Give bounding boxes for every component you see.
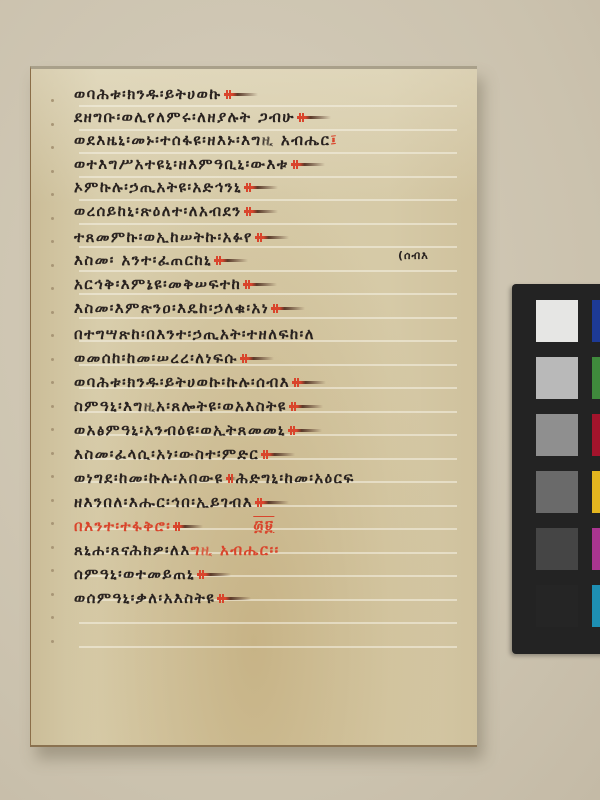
line-filler-icon [243, 283, 277, 286]
pricking-mark [51, 499, 54, 502]
ruling-line [79, 622, 457, 624]
gray-patch-1 [536, 300, 578, 342]
pricking-mark [51, 123, 54, 126]
pricking-mark [51, 311, 54, 314]
text-line-8: እስመ፡ አንተ፡ፈጠርከኒ [74, 250, 248, 270]
pricking-mark [51, 546, 54, 549]
line-filler-icon [226, 477, 236, 480]
pricking-mark [51, 193, 54, 196]
color-patch-blue [592, 300, 600, 342]
pricking-mark [51, 240, 54, 243]
pricking-mark [51, 569, 54, 572]
pricking-mark [51, 475, 54, 478]
line-filler-icon [289, 405, 323, 408]
rubric-heading-line: በእንተ፡ተፋቅሮ፡፴፱ [74, 516, 274, 536]
line-filler-icon [261, 453, 295, 456]
ruling-line [79, 223, 457, 225]
pricking-mark [51, 264, 54, 267]
line-filler-icon [217, 597, 251, 600]
line-filler-icon [255, 236, 289, 239]
pricking-mark [51, 452, 54, 455]
pricking-mark [51, 99, 54, 102]
pricking-mark [51, 381, 54, 384]
rubric-text: ግዚ አብሔር፡፡ [191, 541, 280, 559]
line-filler-icon [224, 93, 258, 96]
pricking-mark [51, 217, 54, 220]
line-filler-icon [292, 381, 326, 384]
line-filler-icon [297, 116, 331, 119]
text-line-20: ጸኒሐ፡ጸናሕክዎ፡ለእግዚ አብሔር፡፡ [74, 540, 280, 560]
text-line-1: ወባሕቱ፡ክንዱ፡ይትሀወኩ [74, 84, 258, 104]
pricking-mark [51, 640, 54, 643]
gray-patch-4 [536, 471, 578, 513]
color-patch-green [592, 357, 600, 399]
text-line-3: ወደእዜኒ፡መኑ፡ተሰፋዩ፡ዘእኑ፡እግዚ አብሔር፤ [74, 130, 338, 150]
line-filler-icon [240, 357, 274, 360]
text-line-5: ኦምኩሉ፡ኃጢአትዩ፡አድኅንኒ [74, 177, 278, 197]
line-filler-icon [291, 163, 325, 166]
text-line-12: ወመሰከ፡ከመ፡ሠረረ፡ለነፍሱ [74, 348, 274, 368]
text-line-16: እስመ፡ፈላሲ፡አነ፡ውስተ፡ምድር [74, 444, 295, 464]
pricking-mark [51, 358, 54, 361]
color-patch-yellow [592, 471, 600, 513]
text-line-15: ወአፅምዓኒ፡አንብዕዩ፡ወኢትጸመመኒ [74, 420, 322, 440]
line-filler-icon [255, 501, 289, 504]
pricking-mark [51, 616, 54, 619]
text-line-4: ወተእግሥአተዩኒ፡ዘእምዓቢኒ፡ውእቱ [74, 154, 325, 174]
line-filler-icon [271, 307, 305, 310]
marginal-note: (ሰብእ [398, 249, 429, 263]
pricking-mark [51, 522, 54, 525]
text-line-13: ወባሕቱ፡ክንዱ፡ይትሀወኩ፡ኩሉ፡ሰብእ [74, 372, 326, 392]
line-filler-icon [244, 210, 278, 213]
gray-patch-6 [536, 585, 578, 627]
text-line-6: ወረሰይከኒ፡ጽዕለተ፡ለአብደን [74, 201, 278, 221]
text-line-9: አርኅቅ፡እምኔዩ፡መቅሠፍተከ [74, 274, 277, 294]
color-patch-red [592, 414, 600, 456]
line-filler-icon [214, 259, 248, 262]
color-patch-cyan [592, 585, 600, 627]
pricking-mark [51, 593, 54, 596]
text-line-17: ወነግደ፡ከመ፡ኩሉ፡አበውዩሕድግኒ፡ከመ፡አዕርፍ [74, 468, 355, 488]
line-filler-icon [197, 573, 231, 576]
pricking-mark [51, 287, 54, 290]
text-line-10: እስመ፡እምጽንዐ፡እዴከ፡ኃለቁ፡አነ [74, 298, 305, 318]
pricking-mark [51, 170, 54, 173]
pricking-mark [51, 146, 54, 149]
pricking-mark [51, 405, 54, 408]
color-calibration-chart [512, 284, 600, 654]
ruling-line [79, 646, 457, 648]
rubric-mark: ፤ [330, 131, 338, 149]
text-line-11: በተግሣጽከ፡በእንተ፡ኃጢአት፡ተዘለፍከ፡ለ [74, 324, 315, 344]
gray-patch-2 [536, 357, 578, 399]
text-line-7: ተጸመምኩ፡ወኢከሠትኩ፡አፉየ [74, 227, 289, 247]
line-filler-icon [244, 186, 278, 189]
gray-patch-3 [536, 414, 578, 456]
pricking-mark [51, 428, 54, 431]
text-line-18: ዘእንበለ፡እሑር፡ኅበ፡ኢይገብእ [74, 492, 289, 512]
text-line-21: ሰምዓኒ፡ወተመይጠኒ [74, 564, 231, 584]
text-line-22: ወሰምዓኒ፡ቃለ፡አእስትዩ [74, 588, 251, 608]
pricking-mark [51, 334, 54, 337]
text-line-14: ስምዓኒ፡እግዚአ፡ጸሎትዩ፡ወአእስትዩ [74, 396, 323, 416]
psalm-number: ፴፱ [253, 517, 274, 535]
line-filler-icon [173, 525, 203, 528]
gray-patch-5 [536, 528, 578, 570]
text-line-2: ደዘግቡ፡ወሊየለምሩ፡ለዘያሉት ጋብሁ [74, 107, 331, 127]
color-patch-magenta [592, 528, 600, 570]
line-filler-icon [288, 429, 322, 432]
